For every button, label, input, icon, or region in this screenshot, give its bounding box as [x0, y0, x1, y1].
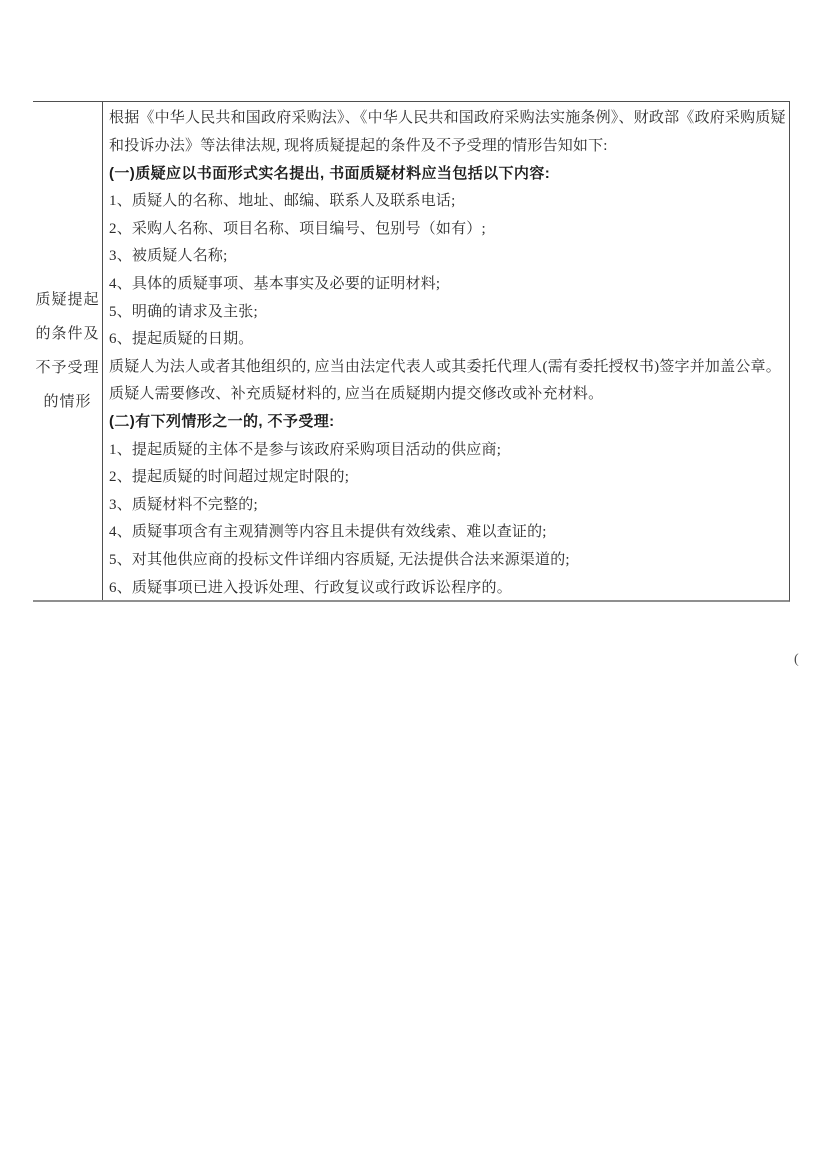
content-line: 6、提起质疑的日期。 [109, 324, 781, 352]
content-line: 根据《中华人民共和国政府采购法》、《中华人民共和国政府采购法实施条例》、财政部《… [109, 103, 781, 131]
content-line: 4、质疑事项含有主观猜测等内容且未提供有效线索、难以查证的; [109, 517, 781, 545]
content-line: 2、采购人名称、项目名称、项目编号、包别号（如有）; [109, 213, 781, 241]
row-header-line: 质疑提起 [35, 283, 99, 317]
content-line: 3、被质疑人名称; [109, 241, 781, 269]
content-line: 2、提起质疑的时间超过规定时限的; [109, 462, 781, 490]
content-line: (二)有下列情形之一的, 不予受理: [109, 407, 781, 435]
content-line: (一)质疑应以书面形式实名提出, 书面质疑材料应当包括以下内容: [109, 158, 781, 186]
row-header-line: 的情形 [43, 385, 91, 419]
content-line: 5、对其他供应商的投标文件详细内容质疑, 无法提供合法来源渠道的; [109, 545, 781, 573]
content-line: 1、提起质疑的主体不是参与该政府采购项目活动的供应商; [109, 434, 781, 462]
content-line: 质疑人需要修改、补充质疑材料的, 应当在质疑期内提交修改或补充材料。 [109, 379, 781, 407]
content-line: 3、质疑材料不完整的; [109, 490, 781, 518]
row-header-cell: 质疑提起的条件及不予受理的情形 [33, 102, 103, 600]
stray-paren: ( [794, 652, 799, 668]
row-header-line: 的条件及 [35, 317, 99, 351]
objection-conditions-table: 质疑提起的条件及不予受理的情形 根据《中华人民共和国政府采购法》、《中华人民共和… [33, 101, 790, 602]
document-page: 质疑提起的条件及不予受理的情形 根据《中华人民共和国政府采购法》、《中华人民共和… [0, 0, 827, 1169]
content-cell: 根据《中华人民共和国政府采购法》、《中华人民共和国政府采购法实施条例》、财政部《… [103, 102, 789, 600]
content-line: 4、具体的质疑事项、基本事实及必要的证明材料; [109, 269, 781, 297]
content-line: 5、明确的请求及主张; [109, 296, 781, 324]
content-line: 1、质疑人的名称、地址、邮编、联系人及联系电话; [109, 186, 781, 214]
content-line: 和投诉办法》等法律法规, 现将质疑提起的条件及不予受理的情形告知如下: [109, 131, 781, 159]
content-line: 质疑人为法人或者其他组织的, 应当由法定代表人或其委托代理人(需有委托授权书)签… [109, 351, 781, 379]
row-header-line: 不予受理 [35, 351, 99, 385]
content-line: 6、质疑事项已进入投诉处理、行政复议或行政诉讼程序的。 [109, 572, 781, 600]
